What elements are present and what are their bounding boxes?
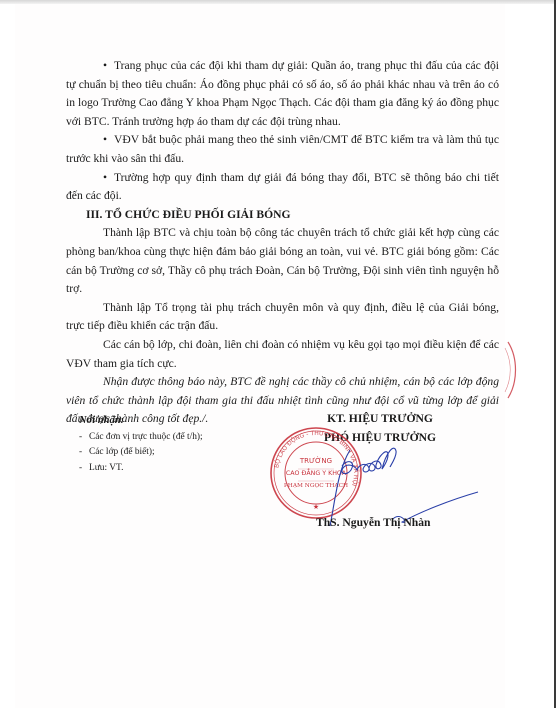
recipient-item: -Lưu: VT.	[79, 461, 203, 477]
bullet-item-uniform: •Trang phục của các đội khi tham dự giải…	[66, 57, 499, 131]
bullet-icon: •	[103, 169, 114, 188]
bullet-icon: •	[103, 57, 114, 76]
recipient-item: -Các đơn vị trực thuộc (để t/h);	[79, 430, 203, 446]
bullet-item-rule-change: •Trường hợp quy định tham dự giải đá bón…	[66, 169, 499, 206]
section-heading: III. TỔ CHỨC ĐIỀU PHỐI GIẢI BÓNG	[66, 206, 499, 225]
document-body: •Trang phục của các đội khi tham dự giải…	[66, 57, 499, 429]
paragraph-organizing-committee: Thành lập BTC và chịu toàn bộ công tác c…	[66, 224, 499, 298]
recipients-title: Nơi nhận:	[79, 413, 203, 429]
bullet-icon: •	[103, 131, 114, 150]
recipient-item: -Các lớp (để biết);	[79, 445, 203, 461]
page-seal-fragment-icon	[504, 340, 524, 400]
recipients-block: Nơi nhận: -Các đơn vị trực thuộc (để t/h…	[79, 413, 203, 476]
paragraph-class-officers: Các cán bộ lớp, chi đoàn, liên chi đoàn …	[66, 336, 499, 373]
signer-name: ThS. Nguyễn Thị Nhàn	[316, 516, 431, 529]
paragraph-referee-team: Thành lập Tổ trọng tài phụ trách chuyên …	[66, 299, 499, 336]
bullet-item-student-card: •VĐV bắt buộc phải mang theo thẻ sinh vi…	[66, 131, 499, 168]
